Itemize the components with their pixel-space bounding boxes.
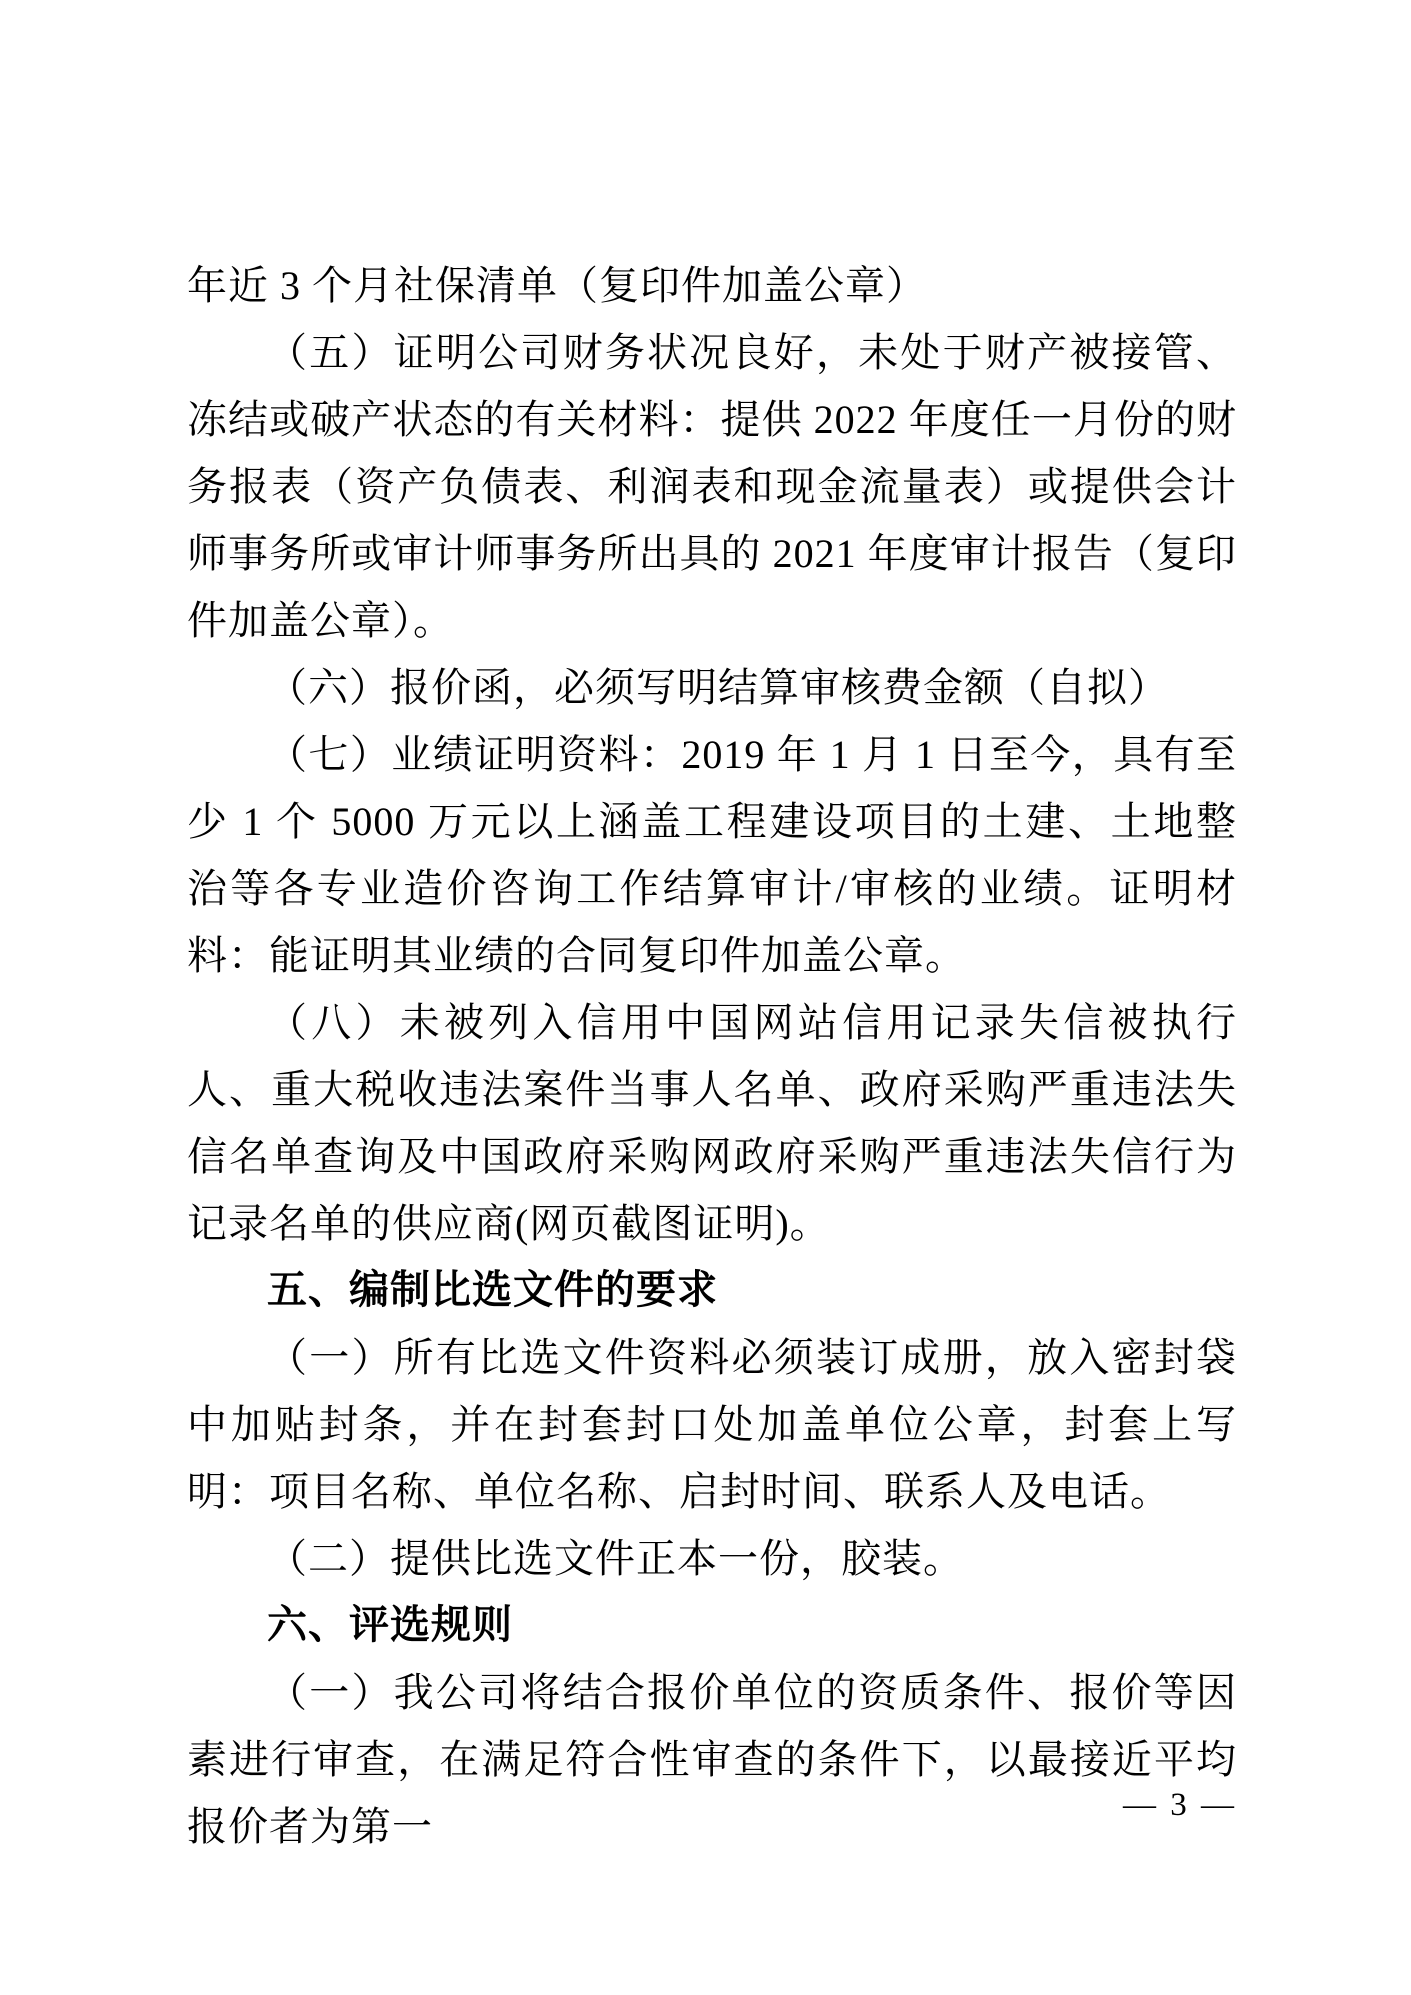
paragraph-item-6: （六）报价函，必须写明结算审核费金额（自拟） bbox=[187, 654, 1237, 721]
page-number: — 3 — bbox=[1123, 1787, 1237, 1823]
page-footer: — 3 — bbox=[187, 1786, 1237, 1824]
paragraph-item-8: （八）未被列入信用中国网站信用记录失信被执行人、重大税收违法案件当事人名单、政府… bbox=[187, 989, 1237, 1257]
paragraph-rule-1: （一）我公司将结合报价单位的资质条件、报价等因素进行审查，在满足符合性审查的条件… bbox=[187, 1659, 1237, 1860]
paragraph-item-5: （五）证明公司财务状况良好，未处于财产被接管、冻结或破产状态的有关材料：提供 2… bbox=[187, 319, 1237, 654]
section-heading-6: 六、评选规则 bbox=[187, 1592, 1237, 1659]
document-page: 年近 3 个月社保清单（复印件加盖公章） （五）证明公司财务状况良好，未处于财产… bbox=[0, 0, 1411, 1995]
paragraph-requirement-1: （一）所有比选文件资料必须装订成册，放入密封袋中加贴封条，并在封套封口处加盖单位… bbox=[187, 1324, 1237, 1525]
paragraph-requirement-2: （二）提供比选文件正本一份，胶装。 bbox=[187, 1525, 1237, 1592]
section-heading-5: 五、编制比选文件的要求 bbox=[187, 1257, 1237, 1324]
paragraph-continuation: 年近 3 个月社保清单（复印件加盖公章） bbox=[187, 252, 1237, 319]
paragraph-item-7: （七）业绩证明资料：2019 年 1 月 1 日至今，具有至少 1 个 5000… bbox=[187, 721, 1237, 989]
document-body: 年近 3 个月社保清单（复印件加盖公章） （五）证明公司财务状况良好，未处于财产… bbox=[187, 252, 1237, 1860]
